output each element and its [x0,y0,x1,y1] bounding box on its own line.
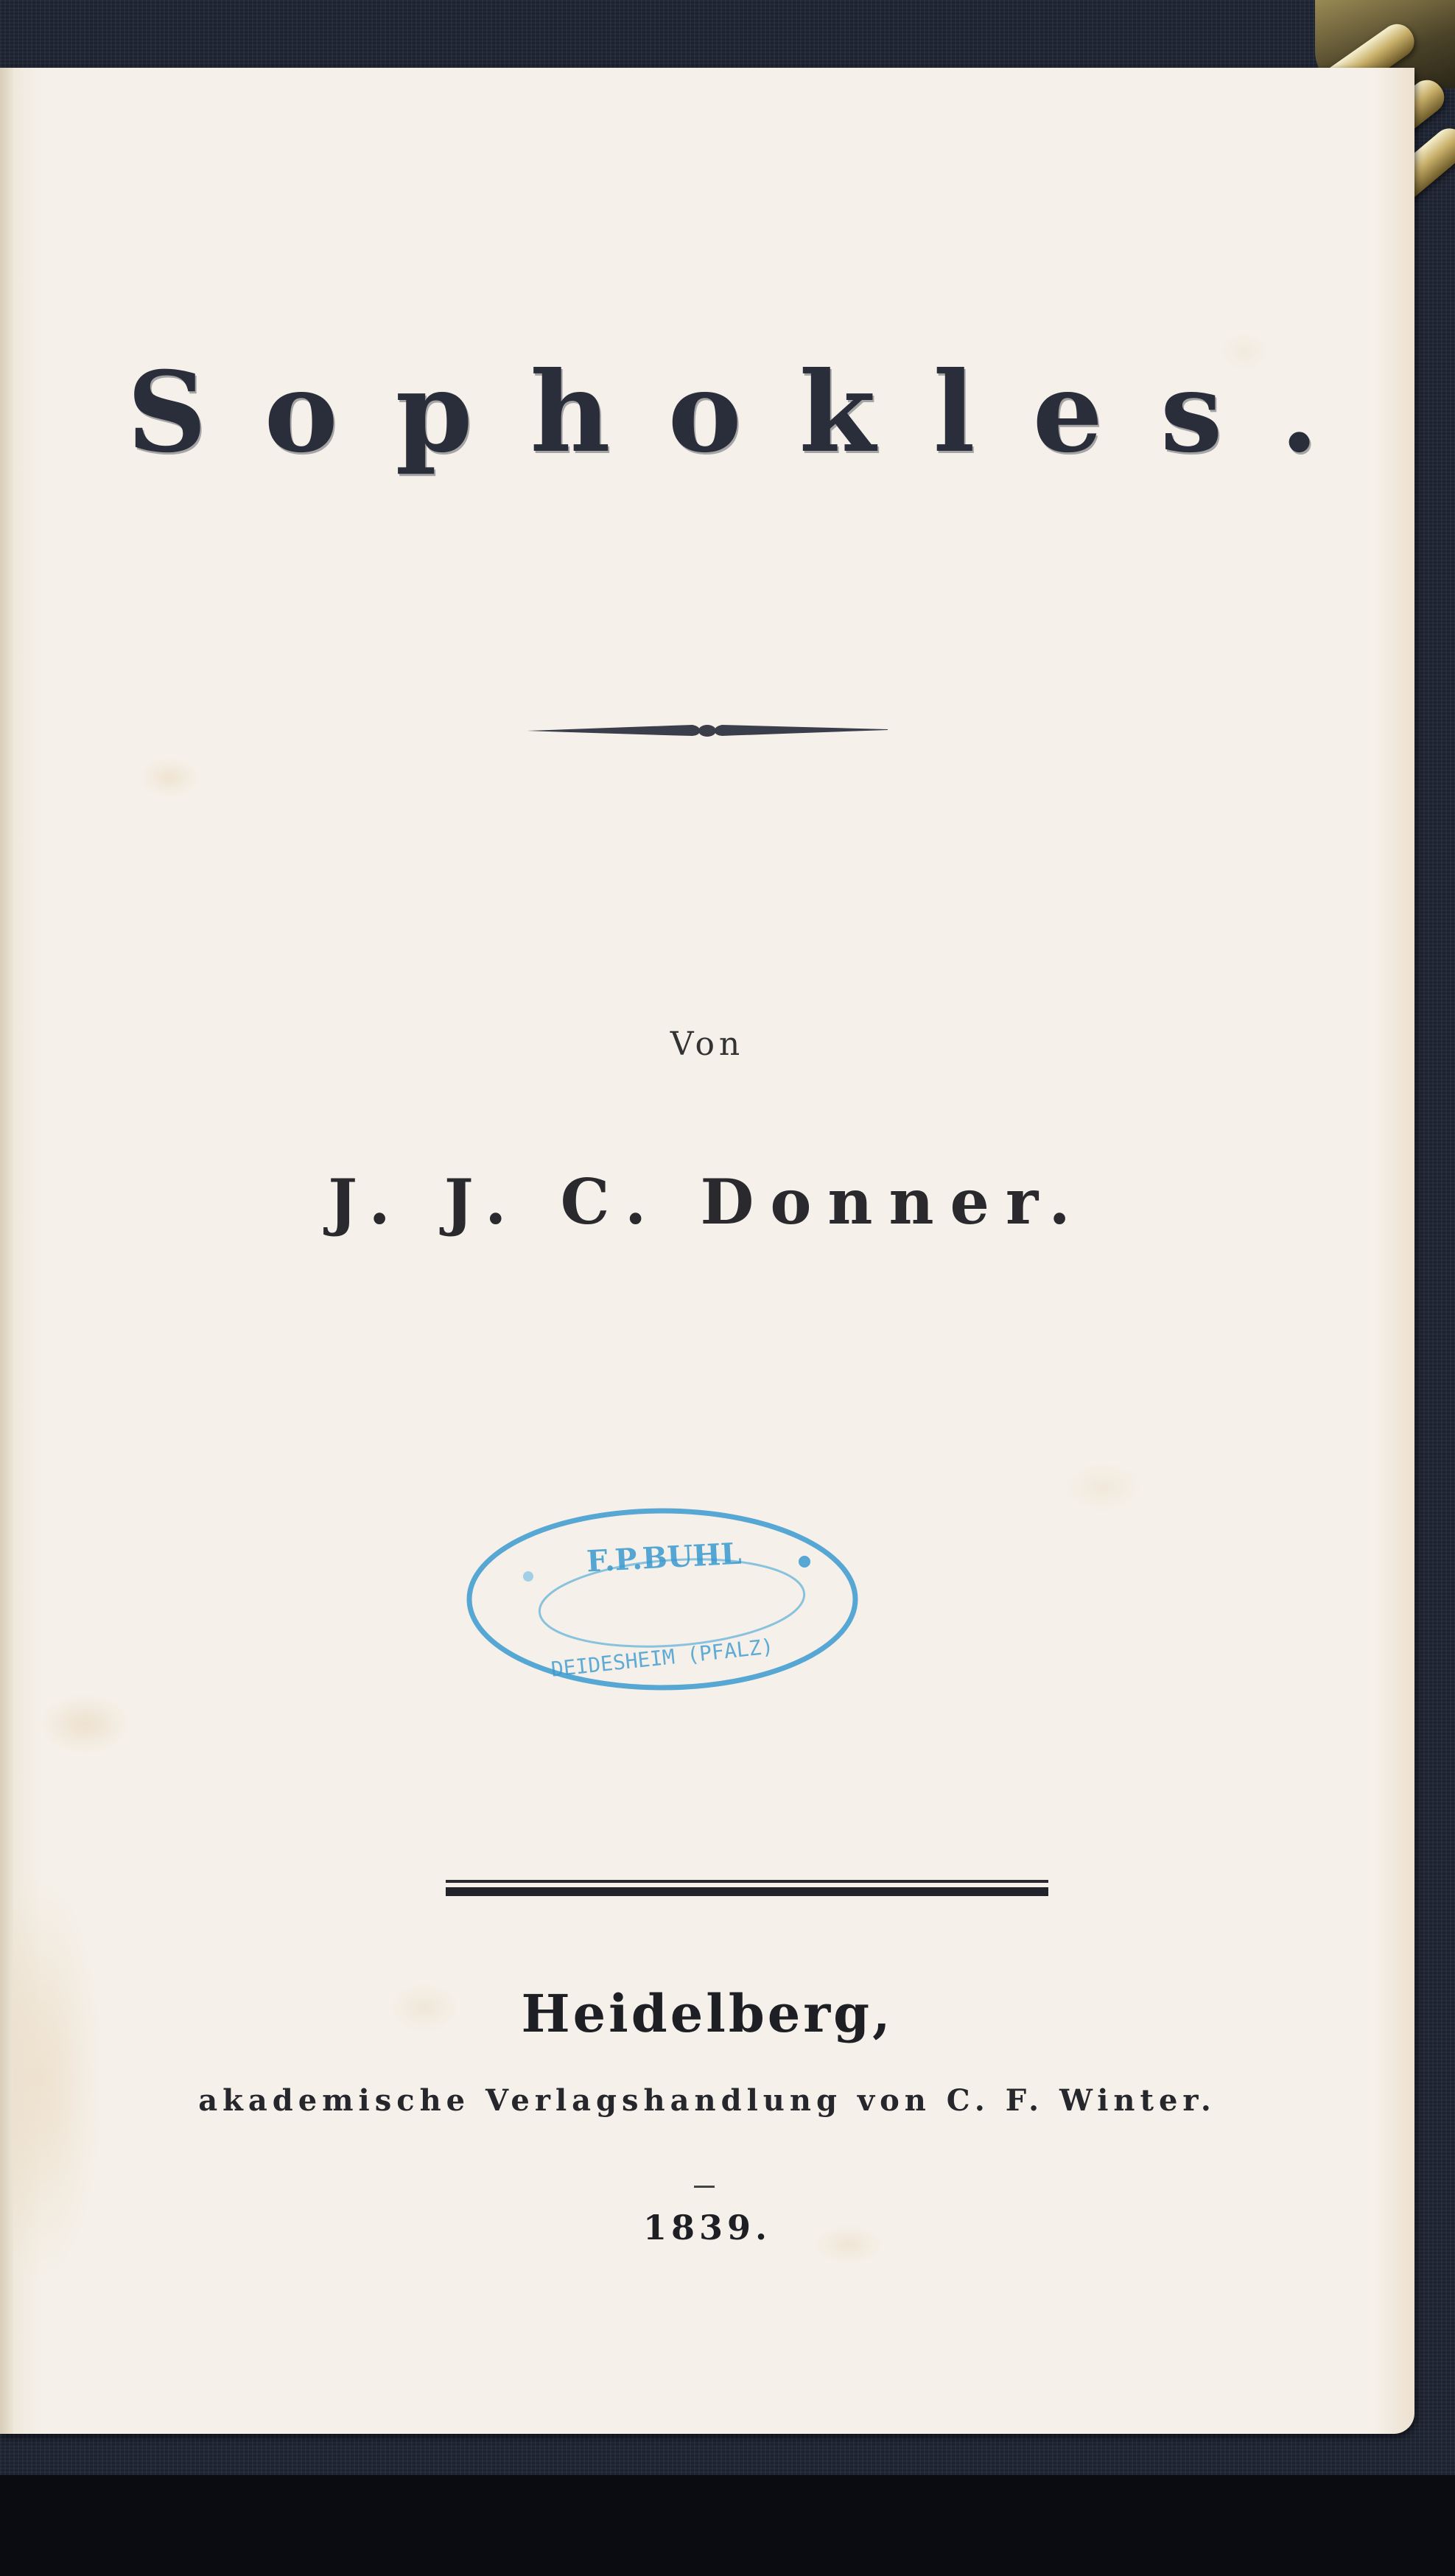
imprint-publisher: akademische Verlagshandlung von C. F. Wi… [0,2083,1414,2118]
imprint-city: Heidelberg, [0,1983,1414,2044]
page-gutter-edge [0,68,13,2434]
book-title: Sophokles. [0,348,1455,477]
background-shadow [0,2475,1455,2576]
ornament-divider-icon [523,716,891,745]
short-rule-divider [694,2186,715,2188]
double-rule-divider [446,1880,1048,1896]
rule-thick [446,1887,1048,1896]
rule-thin [446,1880,1048,1883]
oval-stamp-icon: F.P.BUHL DEIDESHEIM (PFALZ) [466,1504,860,1694]
title-page: Sophokles. Von J. J. C. Donner. F.P.BUHL… [0,68,1414,2434]
author-name: J. J. C. Donner. [0,1165,1414,1238]
byline-prefix: Von [0,1025,1414,1063]
imprint-year: 1839. [0,2208,1414,2247]
ownership-stamp: F.P.BUHL DEIDESHEIM (PFALZ) [466,1504,860,1694]
svg-text:F.P.BUHL: F.P.BUHL [586,1537,742,1579]
ornamental-rule [0,716,1414,748]
